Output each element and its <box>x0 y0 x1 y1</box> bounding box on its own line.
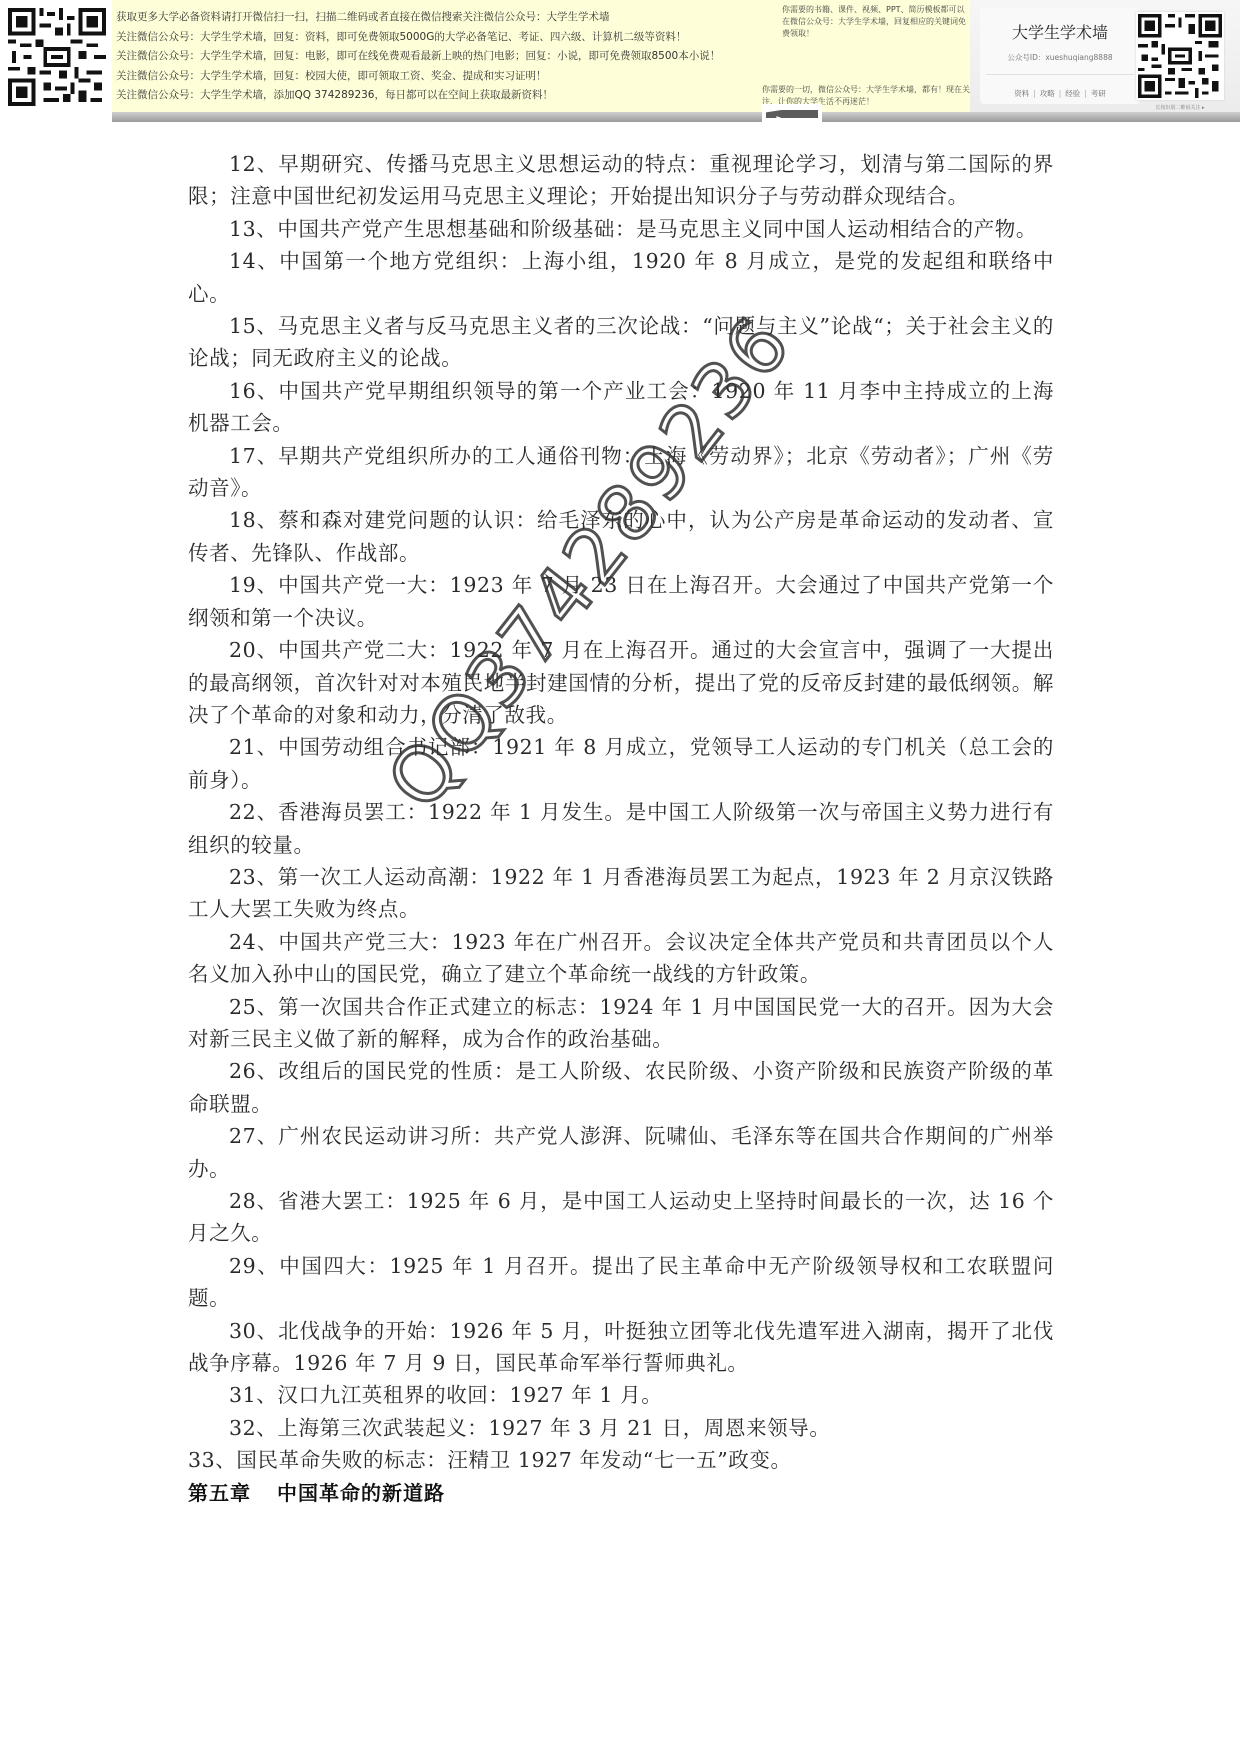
list-item: 21、中国劳动组合书记部：1921 年 8 月成立，党领导工人运动的专门机关（总… <box>188 731 1054 796</box>
list-item: 26、改组后的国民党的性质：是工人阶级、农民阶级、小资产阶级和民族资产阶级的革命… <box>188 1055 1054 1120</box>
item-number: 12 <box>229 152 256 176</box>
item-number: 31 <box>229 1383 256 1407</box>
item-text: 北伐战争的开始：1926 年 5 月，叶挺独立团等北伐先遣军进入湖南，揭开了北伐… <box>188 1319 1054 1375</box>
chapter-heading: 第五章中国革命的新道路 <box>188 1477 1054 1509</box>
promo-line: 关注微信公众号：大学生学术墙，回复：资料，即可免费领取5000G的大学必备笔记、… <box>116 28 720 48</box>
item-text: 国民革命失败的标志：汪精卫 1927 年发动“七一五”政变。 <box>236 1448 791 1472</box>
account-id: 公众号ID：xueshuqiang8888 <box>980 52 1140 63</box>
item-number: 15 <box>229 314 256 338</box>
item-separator: 、 <box>256 508 278 532</box>
item-number: 14 <box>229 249 256 273</box>
item-separator: 、 <box>256 800 278 824</box>
list-item: 13、中国共产党产生思想基础和阶级基础：是马克思主义同中国人运动相结合的产物。 <box>188 213 1054 245</box>
item-number: 19 <box>229 573 256 597</box>
item-number: 32 <box>229 1416 256 1440</box>
item-text: 中国共产党三大：1923 年在广州召开。会议决定全体共产党员和共青团员以个人名义… <box>188 930 1054 986</box>
item-separator: 、 <box>256 1383 277 1407</box>
item-separator: 、 <box>256 152 278 176</box>
item-separator: 、 <box>256 638 278 662</box>
link-separator: | <box>1033 89 1036 98</box>
item-separator: 、 <box>256 573 278 597</box>
item-text: 香港海员罢工：1922 年 1 月发生。是中国工人阶级第一次与帝国主义势力进行有… <box>188 800 1054 856</box>
item-separator: 、 <box>256 1416 277 1440</box>
qr-caption: 长按识别二维码关注 ▸ <box>1130 104 1230 111</box>
item-number: 27 <box>229 1124 256 1148</box>
list-item: 32、上海第三次武装起义：1927 年 3 月 21 日，周恩来领导。 <box>188 1412 1054 1444</box>
qr-code-icon <box>8 8 106 106</box>
item-number: 22 <box>229 800 256 824</box>
list-item: 25、第一次国共合作正式建立的标志：1924 年 1 月中国国民党一大的召开。因… <box>188 991 1054 1056</box>
item-text: 中国共产党早期组织领导的第一个产业工会：1920 年 11 月李中主持成立的上海… <box>188 379 1054 435</box>
list-item: 27、广州农民运动讲习所：共产党人澎湃、阮啸仙、毛泽东等在国共合作期间的广州举办… <box>188 1120 1054 1185</box>
chapter-label: 第五章 <box>188 1481 251 1505</box>
partial-heading-fragment <box>766 110 818 118</box>
item-separator: 、 <box>256 735 278 759</box>
list-item: 24、中国共产党三大：1923 年在广州召开。会议决定全体共产党员和共青团员以个… <box>188 926 1054 991</box>
document-body: 12、早期研究、传播马克思主义思想运动的特点：重视理论学习，划清与第二国际的界限… <box>188 148 1054 1509</box>
item-text: 汉口九江英租界的收回：1927 年 1 月。 <box>277 1383 662 1407</box>
qr-code-left <box>8 8 106 106</box>
item-number: 23 <box>229 865 256 889</box>
item-number: 28 <box>229 1189 256 1213</box>
item-separator: 、 <box>256 217 277 241</box>
promo-line: 关注微信公众号：大学生学术墙，添加QQ 374289236，每日都可以在空间上获… <box>116 86 720 106</box>
item-separator: 、 <box>256 379 278 403</box>
item-number: 33 <box>188 1448 215 1472</box>
item-number: 16 <box>229 379 256 403</box>
item-separator: 、 <box>256 865 277 889</box>
link-separator: | <box>1084 89 1087 98</box>
promo-text-lines: 获取更多大学必备资料请打开微信扫一扫，扫描二维码或者直接在微信搜索关注微信公众号… <box>116 8 720 106</box>
item-number: 18 <box>229 508 256 532</box>
account-link[interactable]: 经验 <box>1065 89 1080 98</box>
item-text: 中国第一个地方党组织：上海小组，1920 年 8 月成立，是党的发起组和联络中心… <box>188 249 1054 305</box>
item-separator: 、 <box>256 995 278 1019</box>
item-number: 21 <box>229 735 256 759</box>
item-number: 25 <box>229 995 256 1019</box>
item-separator: 、 <box>256 444 278 468</box>
item-separator: 、 <box>215 1448 236 1472</box>
account-links: 资料|攻略|经验|考研 <box>980 88 1140 99</box>
item-separator: 、 <box>256 1189 278 1213</box>
item-text: 中国劳动组合书记部：1921 年 8 月成立，党领导工人运动的专门机关（总工会的… <box>188 735 1054 791</box>
item-text: 省港大罢工：1925 年 6 月，是中国工人运动史上坚持时间最长的一次，达 16… <box>188 1189 1054 1245</box>
item-separator: 、 <box>256 1059 278 1083</box>
item-text: 中国四大：1925 年 1 月召开。提出了民主革命中无产阶级领导权和工农联盟问题… <box>188 1254 1054 1310</box>
item-text: 改组后的国民党的性质：是工人阶级、农民阶级、小资产阶级和民族资产阶级的革命联盟。 <box>188 1059 1054 1115</box>
account-link[interactable]: 攻略 <box>1040 89 1055 98</box>
side-note-top: 你需要的书籍、课件、视频、PPT、简历模板都可以在微信公众号：大学生学术墙，回复… <box>782 4 972 40</box>
item-separator: 、 <box>256 249 279 273</box>
promo-line: 获取更多大学必备资料请打开微信扫一扫，扫描二维码或者直接在微信搜索关注微信公众号… <box>116 8 720 28</box>
item-separator: 、 <box>256 1319 278 1343</box>
list-item: 20、中国共产党二大：1922 年 7 月在上海召开。通过的大会宣言中，强调了一… <box>188 634 1054 731</box>
chapter-title: 中国革命的新道路 <box>277 1481 445 1505</box>
item-number: 20 <box>229 638 256 662</box>
link-separator: | <box>1059 89 1062 98</box>
list-item: 22、香港海员罢工：1922 年 1 月发生。是中国工人阶级第一次与帝国主义势力… <box>188 796 1054 861</box>
item-text: 第一次工人运动高潮：1922 年 1 月香港海员罢工为起点，1923 年 2 月… <box>188 865 1054 921</box>
qr-code-icon <box>1138 14 1222 98</box>
card-divider <box>986 74 1134 75</box>
item-separator: 、 <box>256 1254 279 1278</box>
item-text: 第一次国共合作正式建立的标志：1924 年 1 月中国国民党一大的召开。因为大会… <box>188 995 1054 1051</box>
item-number: 24 <box>229 930 256 954</box>
item-text: 早期研究、传播马克思主义思想运动的特点：重视理论学习，划清与第二国际的界限；注意… <box>188 152 1054 208</box>
item-number: 17 <box>229 444 256 468</box>
qr-code-right <box>1136 12 1224 100</box>
item-separator: 、 <box>256 314 277 338</box>
item-text: 马克思主义者与反马克思主义者的三次论战：“问题与主义”论战“；关于社会主义的论战… <box>188 314 1054 370</box>
item-number: 26 <box>229 1059 256 1083</box>
item-text: 中国共产党二大：1922 年 7 月在上海召开。通过的大会宣言中，强调了一大提出… <box>188 638 1054 727</box>
list-item: 30、北伐战争的开始：1926 年 5 月，叶挺独立团等北伐先遣军进入湖南，揭开… <box>188 1315 1054 1380</box>
account-card-inner: 大学生学术墙 公众号ID：xueshuqiang8888 资料|攻略|经验|考研 <box>980 8 1140 104</box>
account-link[interactable]: 考研 <box>1091 89 1106 98</box>
item-text: 广州农民运动讲习所：共产党人澎湃、阮啸仙、毛泽东等在国共合作期间的广州举办。 <box>188 1124 1054 1180</box>
item-text: 中国共产党产生思想基础和阶级基础：是马克思主义同中国人运动相结合的产物。 <box>277 217 1037 241</box>
list-item: 16、中国共产党早期组织领导的第一个产业工会：1920 年 11 月李中主持成立… <box>188 375 1054 440</box>
banner-divider-bar <box>112 112 1240 122</box>
list-item: 23、第一次工人运动高潮：1922 年 1 月香港海员罢工为起点，1923 年 … <box>188 861 1054 926</box>
banner-bar-gap <box>762 104 822 122</box>
list-item: 29、中国四大：1925 年 1 月召开。提出了民主革命中无产阶级领导权和工农联… <box>188 1250 1054 1315</box>
item-number: 30 <box>229 1319 256 1343</box>
list-item: 15、马克思主义者与反马克思主义者的三次论战：“问题与主义”论战“；关于社会主义… <box>188 310 1054 375</box>
item-number: 13 <box>229 217 256 241</box>
item-text: 上海第三次武装起义：1927 年 3 月 21 日，周恩来领导。 <box>277 1416 830 1440</box>
list-item: 12、早期研究、传播马克思主义思想运动的特点：重视理论学习，划清与第二国际的界限… <box>188 148 1054 213</box>
list-item: 14、中国第一个地方党组织：上海小组，1920 年 8 月成立，是党的发起组和联… <box>188 245 1054 310</box>
item-number: 29 <box>229 1254 256 1278</box>
list-item: 33、国民革命失败的标志：汪精卫 1927 年发动“七一五”政变。 <box>188 1444 1054 1476</box>
promo-line: 关注微信公众号：大学生学术墙，回复：校园大使，即可领取工资、奖金、提成和实习证明… <box>116 67 720 87</box>
account-name: 大学生学术墙 <box>980 20 1140 43</box>
promo-line: 关注微信公众号：大学生学术墙，回复：电影，即可在线免费观看最新上映的热门电影；回… <box>116 47 720 67</box>
item-separator: 、 <box>256 930 278 954</box>
account-link[interactable]: 资料 <box>1014 89 1029 98</box>
promo-banner: 获取更多大学必备资料请打开微信扫一扫，扫描二维码或者直接在微信搜索关注微信公众号… <box>0 0 1240 122</box>
list-item: 28、省港大罢工：1925 年 6 月，是中国工人运动史上坚持时间最长的一次，达… <box>188 1185 1054 1250</box>
item-separator: 、 <box>256 1124 278 1148</box>
list-item: 31、汉口九江英租界的收回：1927 年 1 月。 <box>188 1379 1054 1411</box>
